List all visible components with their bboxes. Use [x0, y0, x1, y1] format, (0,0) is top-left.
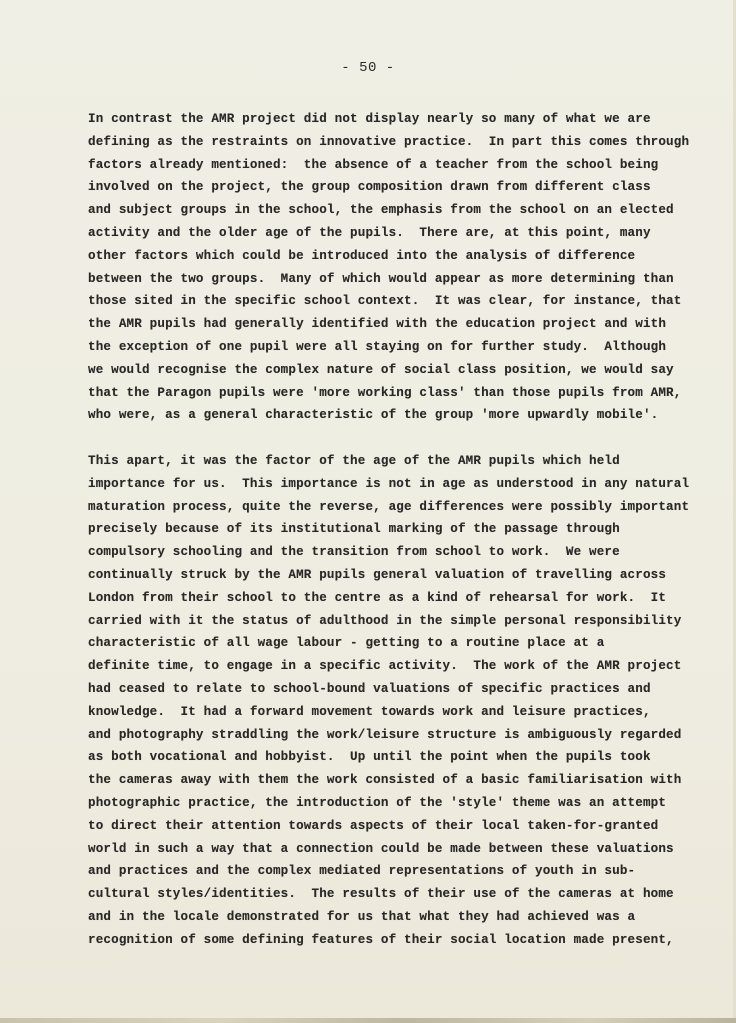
text-line: definite time, to engage in a specific a…	[88, 655, 708, 678]
text-line: that the Paragon pupils were 'more worki…	[88, 382, 708, 405]
text-line: recognition of some defining features of…	[88, 929, 708, 952]
text-line: characteristic of all wage labour - gett…	[88, 632, 708, 655]
text-line: London from their school to the centre a…	[88, 587, 708, 610]
paragraph-amr-project: In contrast the AMR project did not disp…	[88, 108, 708, 427]
text-line: the cameras away with them the work cons…	[88, 769, 708, 792]
text-line: continually struck by the AMR pupils gen…	[88, 564, 708, 587]
text-line: who were, as a general characteristic of…	[88, 404, 708, 427]
text-line: cultural styles/identities. The results …	[88, 883, 708, 906]
text-line: and photography straddling the work/leis…	[88, 724, 708, 747]
text-line: knowledge. It had a forward movement tow…	[88, 701, 708, 724]
text-line: maturation process, quite the reverse, a…	[88, 496, 708, 519]
text-line: This apart, it was the factor of the age…	[88, 450, 708, 473]
text-line: had ceased to relate to school-bound val…	[88, 678, 708, 701]
text-line: precisely because of its institutional m…	[88, 518, 708, 541]
typewritten-body: In contrast the AMR project did not disp…	[88, 108, 708, 951]
paragraph-age-factor: This apart, it was the factor of the age…	[88, 450, 708, 952]
text-line: factors already mentioned: the absence o…	[88, 154, 708, 177]
text-line: those sited in the specific school conte…	[88, 290, 708, 313]
text-line: to direct their attention towards aspect…	[88, 815, 708, 838]
text-line: photographic practice, the introduction …	[88, 792, 708, 815]
text-line: activity and the older age of the pupils…	[88, 222, 708, 245]
text-line: world in such a way that a connection co…	[88, 838, 708, 861]
text-line: and practices and the complex mediated r…	[88, 860, 708, 883]
text-line: we would recognise the complex nature of…	[88, 359, 708, 382]
text-line: the AMR pupils had generally identified …	[88, 313, 708, 336]
text-line: other factors which could be introduced …	[88, 245, 708, 268]
text-line: and subject groups in the school, the em…	[88, 199, 708, 222]
text-line: In contrast the AMR project did not disp…	[88, 108, 708, 131]
text-line: compulsory schooling and the transition …	[88, 541, 708, 564]
document-page: - 50 - In contrast the AMR project did n…	[0, 0, 736, 1018]
text-line: involved on the project, the group compo…	[88, 176, 708, 199]
text-line: as both vocational and hobbyist. Up unti…	[88, 746, 708, 769]
text-line: carried with it the status of adulthood …	[88, 610, 708, 633]
text-line: the exception of one pupil were all stay…	[88, 336, 708, 359]
page-number: - 50 -	[0, 60, 736, 76]
text-line: between the two groups. Many of which wo…	[88, 268, 708, 291]
text-line: defining as the restraints on innovative…	[88, 131, 708, 154]
page-bottom-edge	[0, 1018, 736, 1023]
text-line: and in the locale demonstrated for us th…	[88, 906, 708, 929]
text-line: importance for us. This importance is no…	[88, 473, 708, 496]
